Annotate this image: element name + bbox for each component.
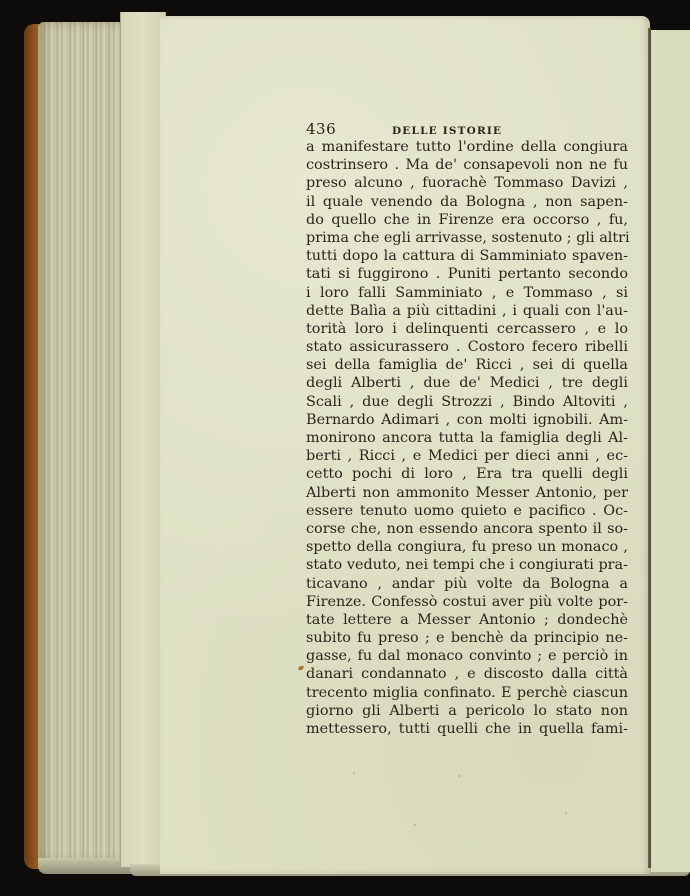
text-line: torità loro i delinquenti cercassero , e… (306, 320, 628, 338)
text-line: il quale venendo da Bologna , non sapen- (306, 193, 628, 211)
text-line: subito fu preso ; e benchè da principio … (306, 629, 628, 647)
paper-speck (565, 812, 567, 814)
paper-speck (458, 775, 460, 777)
page-header: 436 DELLE ISTORIE (306, 120, 628, 138)
text-line: monirono ancora tutta la famiglia degli … (306, 429, 628, 447)
text-line: giorno gli Alberti a pericolo lo stato n… (306, 702, 628, 720)
text-line: i loro falli Samminiato , e Tommaso , si (306, 284, 628, 302)
text-line: corse che, non essendo ancora spento il … (306, 520, 628, 538)
text-line: do quello che in Firenze era occorso , f… (306, 211, 628, 229)
paper-speck (353, 772, 355, 774)
text-line: trecento miglia confinato. E perchè cias… (306, 684, 628, 702)
text-line: Firenze. Confessò costui aver più volte … (306, 593, 628, 611)
text-line: degli Alberti , due de' Medici , tre deg… (306, 374, 628, 392)
text-line: Scali , due degli Strozzi , Bindo Altovi… (306, 393, 628, 411)
facing-page-edge (651, 30, 690, 872)
text-line: tate lettere a Messer Antonio ; dondechè (306, 611, 628, 629)
text-line: preso alcuno , fuorachè Tommaso Davizi , (306, 174, 628, 192)
book-scan-scene: 436 DELLE ISTORIE a manifestare tutto l'… (0, 0, 690, 896)
text-line: danari condannato , e discosto dalla cit… (306, 665, 628, 683)
text-line: stato assicurassero . Costoro fecero rib… (306, 338, 628, 356)
text-line: berti , Ricci , e Medici per dieci anni … (306, 447, 628, 465)
text-line: ticavano , andar più volte da Bologna a (306, 575, 628, 593)
text-line: spetto della congiura, fu preso un monac… (306, 538, 628, 556)
text-line: cetto pochi di loro , Era tra quelli deg… (306, 465, 628, 483)
text-line: costrinsero . Ma de' consapevoli non ne … (306, 156, 628, 174)
text-line: gasse, fu dal monaco convinto ; e perciò… (306, 647, 628, 665)
text-line: tutti dopo la cattura di Samminiato spav… (306, 247, 628, 265)
text-line: mettessero, tutti quelli che in quella f… (306, 720, 628, 738)
page-number: 436 (306, 120, 336, 138)
text-line: Alberti non ammonito Messer Antonio, per (306, 484, 628, 502)
text-line: tati si fuggirono . Puniti pertanto seco… (306, 265, 628, 283)
text-line: a manifestare tutto l'ordine della congi… (306, 138, 628, 156)
text-line: prima che egli arrivasse, sostenuto ; gl… (306, 229, 628, 247)
paper-speck (414, 824, 416, 826)
page-text-block: 436 DELLE ISTORIE a manifestare tutto l'… (306, 120, 628, 738)
text-line: Bernardo Adimari , con molti ignobili. A… (306, 411, 628, 429)
text-line: sei della famiglia de' Ricci , sei di qu… (306, 356, 628, 374)
running-head: DELLE ISTORIE (392, 125, 502, 137)
text-line: essere tenuto uomo quieto e pacifico . O… (306, 502, 628, 520)
text-line: dette Balìa a più cittadini , i quali co… (306, 302, 628, 320)
text-line: stato veduto, nei tempi che i congiurati… (306, 556, 628, 574)
